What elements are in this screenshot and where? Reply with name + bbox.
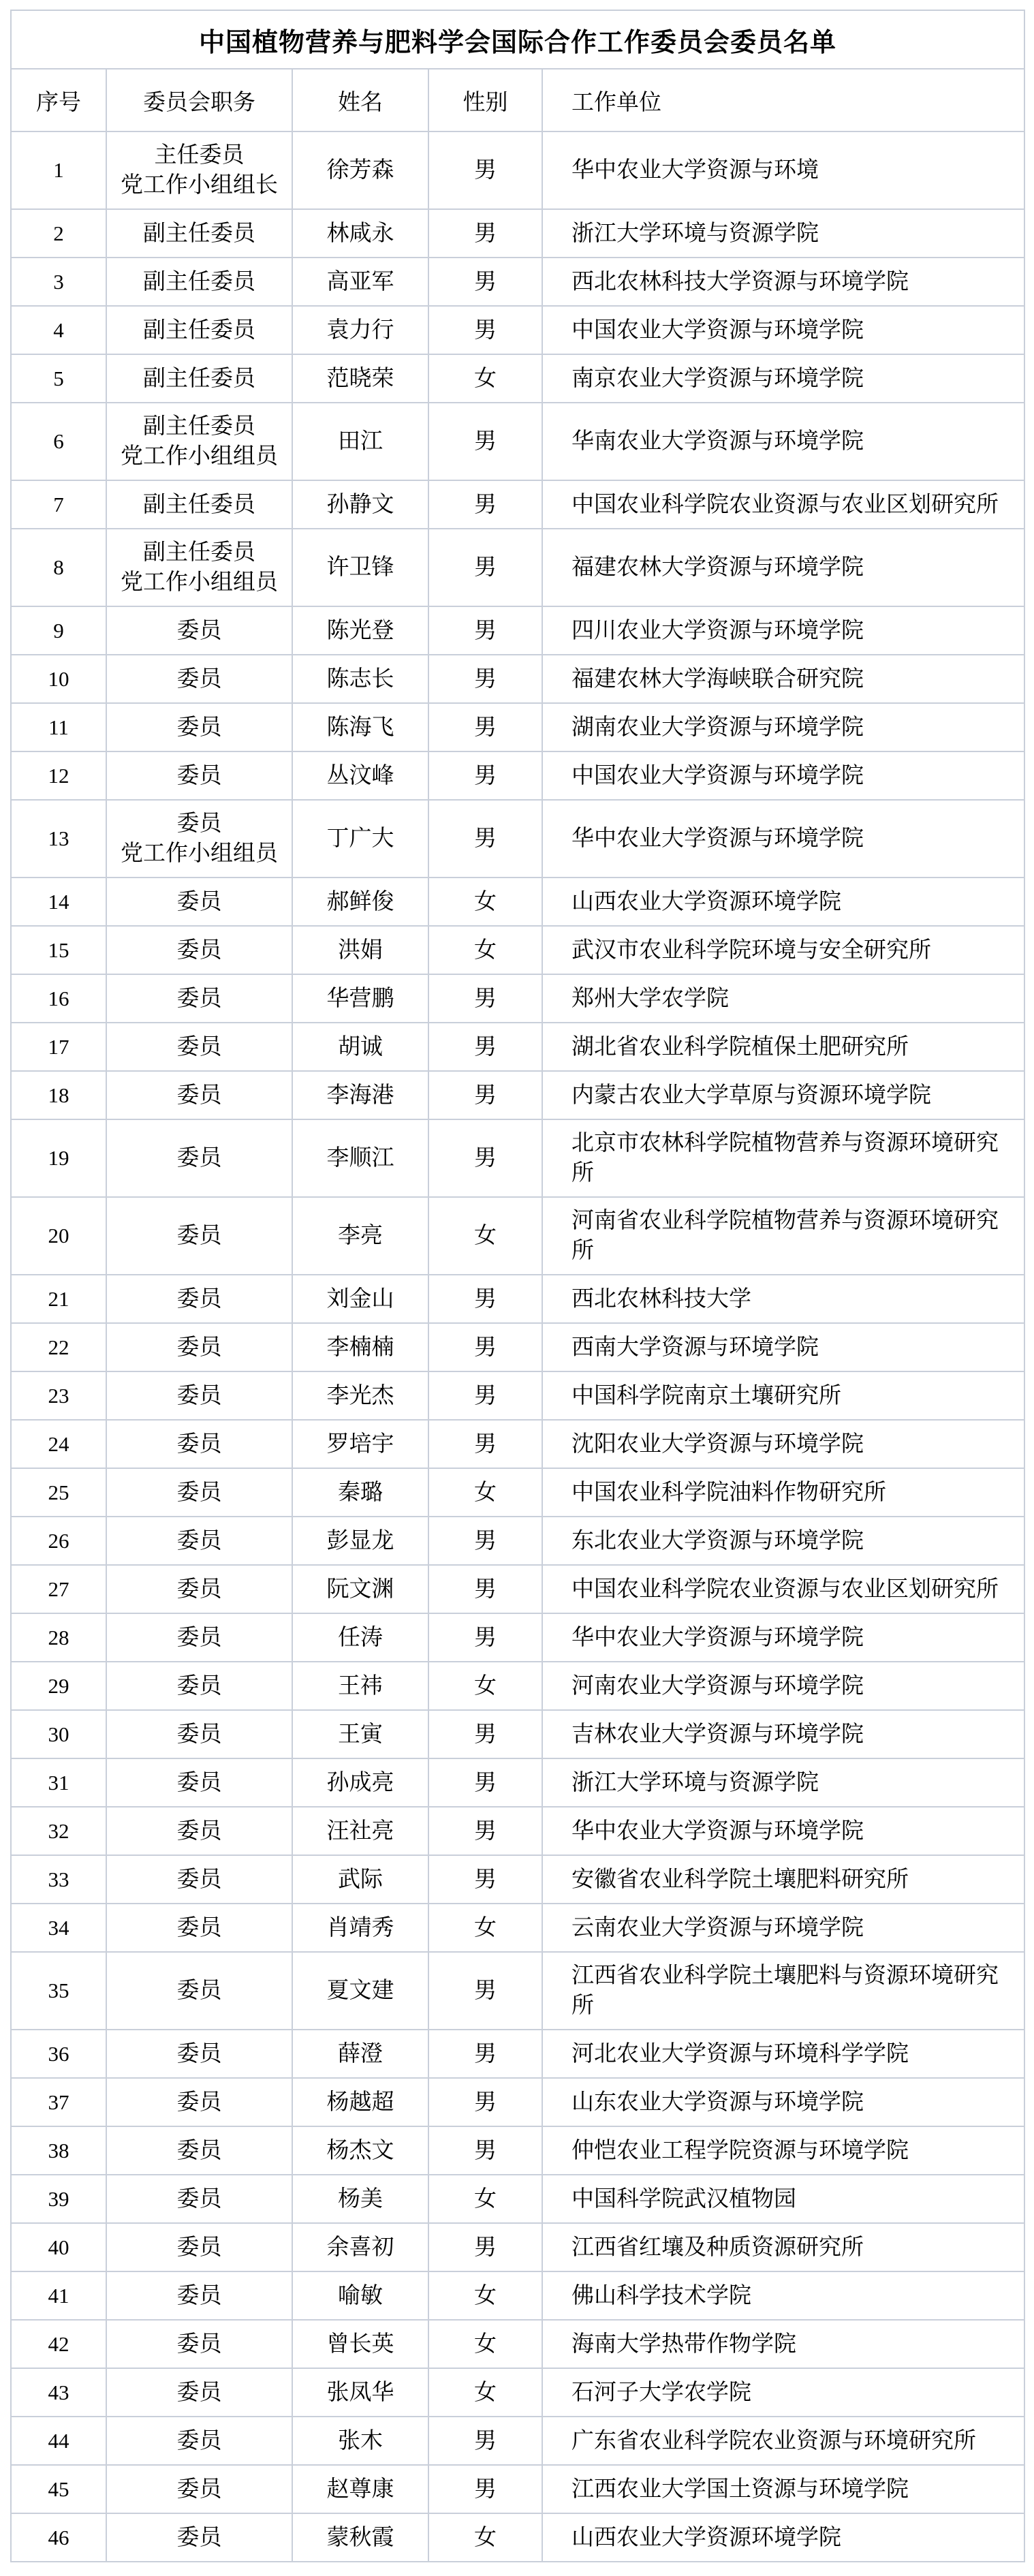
cell-serial-number: 31 bbox=[11, 1758, 106, 1807]
header-serial-number: 序号 bbox=[11, 69, 106, 131]
table-row: 34 委员 肖靖秀 女 云南农业大学资源与环境学院 bbox=[11, 1904, 1024, 1952]
cell-name: 杨美 bbox=[292, 2175, 428, 2223]
cell-name: 陈海飞 bbox=[292, 703, 428, 751]
cell-name: 陈光登 bbox=[292, 606, 428, 655]
cell-serial-number: 36 bbox=[11, 2030, 106, 2078]
cell-name: 薛澄 bbox=[292, 2030, 428, 2078]
cell-work-unit: 西南大学资源与环境学院 bbox=[542, 1323, 1024, 1371]
cell-work-unit: 中国科学院武汉植物园 bbox=[542, 2175, 1024, 2223]
cell-gender: 女 bbox=[428, 2175, 542, 2223]
cell-work-unit: 湖北省农业科学院植保土肥研究所 bbox=[542, 1023, 1024, 1071]
cell-serial-number: 13 bbox=[11, 800, 106, 878]
table-row: 26 委员 彭显龙 男 东北农业大学资源与环境学院 bbox=[11, 1517, 1024, 1565]
cell-work-unit: 福建农林大学海峡联合研究院 bbox=[542, 655, 1024, 703]
cell-name: 许卫锋 bbox=[292, 529, 428, 606]
cell-serial-number: 2 bbox=[11, 209, 106, 258]
table-row: 21 委员 刘金山 男 西北农林科技大学 bbox=[11, 1275, 1024, 1323]
cell-name: 肖靖秀 bbox=[292, 1904, 428, 1952]
cell-name: 华营鹏 bbox=[292, 974, 428, 1023]
header-gender: 性别 bbox=[428, 69, 542, 131]
table-row: 40 委员 余喜初 男 江西省红壤及种质资源研究所 bbox=[11, 2223, 1024, 2271]
cell-committee-position: 委员 bbox=[106, 2078, 292, 2126]
cell-gender: 男 bbox=[428, 2417, 542, 2465]
cell-serial-number: 33 bbox=[11, 1855, 106, 1904]
cell-gender: 男 bbox=[428, 131, 542, 209]
cell-gender: 男 bbox=[428, 2078, 542, 2126]
table-row: 25 委员 秦璐 女 中国农业科学院油料作物研究所 bbox=[11, 1468, 1024, 1517]
cell-name: 曾长英 bbox=[292, 2320, 428, 2368]
cell-committee-position: 委员 bbox=[106, 1119, 292, 1197]
table-row: 12 委员 丛汶峰 男 中国农业大学资源与环境学院 bbox=[11, 751, 1024, 800]
cell-work-unit: 内蒙古农业大学草原与资源环境学院 bbox=[542, 1071, 1024, 1119]
cell-committee-position: 委员 bbox=[106, 1071, 292, 1119]
cell-name: 胡诚 bbox=[292, 1023, 428, 1071]
cell-gender: 男 bbox=[428, 751, 542, 800]
cell-committee-position: 副主任委员 党工作小组组员 bbox=[106, 403, 292, 480]
cell-serial-number: 17 bbox=[11, 1023, 106, 1071]
table-row: 9 委员 陈光登 男 四川农业大学资源与环境学院 bbox=[11, 606, 1024, 655]
cell-serial-number: 40 bbox=[11, 2223, 106, 2271]
cell-name: 夏文建 bbox=[292, 1952, 428, 2030]
cell-name: 汪社亮 bbox=[292, 1807, 428, 1855]
table-row: 28 委员 任涛 男 华中农业大学资源与环境学院 bbox=[11, 1613, 1024, 1662]
cell-work-unit: 河南农业大学资源与环境学院 bbox=[542, 1662, 1024, 1710]
table-row: 1 主任委员 党工作小组组长 徐芳森 男 华中农业大学资源与环境 bbox=[11, 131, 1024, 209]
cell-committee-position: 主任委员 党工作小组组长 bbox=[106, 131, 292, 209]
document-page: 中国植物营养与肥料学会国际合作工作委员会委员名单 序号 委员会职务 姓名 性别 … bbox=[0, 0, 1034, 2576]
cell-work-unit: 华中农业大学资源与环境学院 bbox=[542, 1613, 1024, 1662]
cell-serial-number: 46 bbox=[11, 2513, 106, 2562]
cell-gender: 男 bbox=[428, 1119, 542, 1197]
cell-name: 赵尊康 bbox=[292, 2465, 428, 2513]
table-row: 37 委员 杨越超 男 山东农业大学资源与环境学院 bbox=[11, 2078, 1024, 2126]
cell-work-unit: 石河子大学农学院 bbox=[542, 2368, 1024, 2417]
cell-name: 李亮 bbox=[292, 1197, 428, 1275]
cell-gender: 男 bbox=[428, 1275, 542, 1323]
cell-gender: 男 bbox=[428, 1710, 542, 1758]
cell-gender: 男 bbox=[428, 403, 542, 480]
cell-committee-position: 委员 bbox=[106, 1710, 292, 1758]
table-row: 4 副主任委员 袁力行 男 中国农业大学资源与环境学院 bbox=[11, 306, 1024, 354]
cell-gender: 男 bbox=[428, 258, 542, 306]
cell-name: 陈志长 bbox=[292, 655, 428, 703]
cell-serial-number: 6 bbox=[11, 403, 106, 480]
cell-committee-position: 副主任委员 bbox=[106, 258, 292, 306]
cell-committee-position: 委员 bbox=[106, 1758, 292, 1807]
cell-gender: 女 bbox=[428, 1468, 542, 1517]
table-row: 8 副主任委员 党工作小组组员 许卫锋 男 福建农林大学资源与环境学院 bbox=[11, 529, 1024, 606]
cell-serial-number: 10 bbox=[11, 655, 106, 703]
cell-gender: 女 bbox=[428, 2271, 542, 2320]
table-row: 3 副主任委员 高亚军 男 西北农林科技大学资源与环境学院 bbox=[11, 258, 1024, 306]
cell-serial-number: 30 bbox=[11, 1710, 106, 1758]
table-row: 27 委员 阮文渊 男 中国农业科学院农业资源与农业区划研究所 bbox=[11, 1565, 1024, 1613]
cell-committee-position: 副主任委员 党工作小组组员 bbox=[106, 529, 292, 606]
cell-work-unit: 西北农林科技大学资源与环境学院 bbox=[542, 258, 1024, 306]
cell-name: 李顺江 bbox=[292, 1119, 428, 1197]
cell-committee-position: 委员 bbox=[106, 974, 292, 1023]
cell-committee-position: 委员 bbox=[106, 2465, 292, 2513]
cell-serial-number: 24 bbox=[11, 1420, 106, 1468]
table-row: 23 委员 李光杰 男 中国科学院南京土壤研究所 bbox=[11, 1371, 1024, 1420]
table-row: 29 委员 王祎 女 河南农业大学资源与环境学院 bbox=[11, 1662, 1024, 1710]
cell-committee-position: 委员 bbox=[106, 1468, 292, 1517]
cell-work-unit: 南京农业大学资源与环境学院 bbox=[542, 354, 1024, 403]
cell-work-unit: 山东农业大学资源与环境学院 bbox=[542, 2078, 1024, 2126]
cell-name: 余喜初 bbox=[292, 2223, 428, 2271]
cell-committee-position: 委员 bbox=[106, 1613, 292, 1662]
cell-serial-number: 22 bbox=[11, 1323, 106, 1371]
cell-name: 王祎 bbox=[292, 1662, 428, 1710]
cell-committee-position: 委员 bbox=[106, 1197, 292, 1275]
cell-work-unit: 北京市农林科学院植物营养与资源环境研究所 bbox=[542, 1119, 1024, 1197]
cell-committee-position: 副主任委员 bbox=[106, 354, 292, 403]
cell-work-unit: 河南省农业科学院植物营养与资源环境研究所 bbox=[542, 1197, 1024, 1275]
table-row: 22 委员 李楠楠 男 西南大学资源与环境学院 bbox=[11, 1323, 1024, 1371]
cell-name: 武际 bbox=[292, 1855, 428, 1904]
cell-serial-number: 19 bbox=[11, 1119, 106, 1197]
table-row: 43 委员 张凤华 女 石河子大学农学院 bbox=[11, 2368, 1024, 2417]
cell-committee-position: 委员 bbox=[106, 751, 292, 800]
cell-committee-position: 委员 bbox=[106, 2175, 292, 2223]
cell-committee-position: 副主任委员 bbox=[106, 209, 292, 258]
cell-gender: 男 bbox=[428, 1613, 542, 1662]
cell-gender: 男 bbox=[428, 655, 542, 703]
cell-gender: 女 bbox=[428, 1662, 542, 1710]
cell-work-unit: 华中农业大学资源与环境学院 bbox=[542, 800, 1024, 878]
cell-serial-number: 5 bbox=[11, 354, 106, 403]
cell-work-unit: 山西农业大学资源环境学院 bbox=[542, 2513, 1024, 2562]
cell-gender: 男 bbox=[428, 529, 542, 606]
cell-work-unit: 华南农业大学资源与环境学院 bbox=[542, 403, 1024, 480]
cell-work-unit: 吉林农业大学资源与环境学院 bbox=[542, 1710, 1024, 1758]
cell-serial-number: 29 bbox=[11, 1662, 106, 1710]
cell-serial-number: 11 bbox=[11, 703, 106, 751]
cell-committee-position: 委员 bbox=[106, 1023, 292, 1071]
cell-name: 洪娟 bbox=[292, 926, 428, 974]
cell-gender: 女 bbox=[428, 1904, 542, 1952]
cell-name: 秦璐 bbox=[292, 1468, 428, 1517]
cell-work-unit: 华中农业大学资源与环境学院 bbox=[542, 1807, 1024, 1855]
cell-name: 郝鲜俊 bbox=[292, 878, 428, 926]
cell-committee-position: 委员 bbox=[106, 1275, 292, 1323]
cell-committee-position: 委员 bbox=[106, 926, 292, 974]
cell-gender: 女 bbox=[428, 354, 542, 403]
cell-name: 范晓荣 bbox=[292, 354, 428, 403]
page-title: 中国植物营养与肥料学会国际合作工作委员会委员名单 bbox=[11, 10, 1024, 69]
cell-serial-number: 18 bbox=[11, 1071, 106, 1119]
cell-serial-number: 44 bbox=[11, 2417, 106, 2465]
cell-committee-position: 委员 bbox=[106, 1855, 292, 1904]
cell-serial-number: 1 bbox=[11, 131, 106, 209]
cell-committee-position: 委员 bbox=[106, 1371, 292, 1420]
cell-gender: 男 bbox=[428, 703, 542, 751]
cell-gender: 女 bbox=[428, 926, 542, 974]
cell-committee-position: 委员 bbox=[106, 1662, 292, 1710]
cell-committee-position: 委员 bbox=[106, 2030, 292, 2078]
cell-gender: 男 bbox=[428, 1565, 542, 1613]
cell-gender: 男 bbox=[428, 1855, 542, 1904]
committee-member-table: 中国植物营养与肥料学会国际合作工作委员会委员名单 序号 委员会职务 姓名 性别 … bbox=[10, 10, 1025, 2562]
cell-gender: 男 bbox=[428, 1807, 542, 1855]
cell-committee-position: 委员 bbox=[106, 1904, 292, 1952]
cell-work-unit: 武汉市农业科学院环境与安全研究所 bbox=[542, 926, 1024, 974]
cell-name: 喻敏 bbox=[292, 2271, 428, 2320]
cell-committee-position: 副主任委员 bbox=[106, 306, 292, 354]
cell-work-unit: 海南大学热带作物学院 bbox=[542, 2320, 1024, 2368]
cell-gender: 女 bbox=[428, 2368, 542, 2417]
cell-committee-position: 委员 bbox=[106, 2320, 292, 2368]
cell-serial-number: 34 bbox=[11, 1904, 106, 1952]
cell-committee-position: 委员 bbox=[106, 2368, 292, 2417]
cell-work-unit: 郑州大学农学院 bbox=[542, 974, 1024, 1023]
table-row: 18 委员 李海港 男 内蒙古农业大学草原与资源环境学院 bbox=[11, 1071, 1024, 1119]
table-row: 46 委员 蒙秋霞 女 山西农业大学资源环境学院 bbox=[11, 2513, 1024, 2562]
cell-name: 李光杰 bbox=[292, 1371, 428, 1420]
cell-name: 孙静文 bbox=[292, 480, 428, 529]
cell-gender: 男 bbox=[428, 1758, 542, 1807]
table-row: 31 委员 孙成亮 男 浙江大学环境与资源学院 bbox=[11, 1758, 1024, 1807]
cell-committee-position: 副主任委员 bbox=[106, 480, 292, 529]
table-row: 39 委员 杨美 女 中国科学院武汉植物园 bbox=[11, 2175, 1024, 2223]
cell-work-unit: 浙江大学环境与资源学院 bbox=[542, 209, 1024, 258]
cell-gender: 男 bbox=[428, 1071, 542, 1119]
cell-work-unit: 湖南农业大学资源与环境学院 bbox=[542, 703, 1024, 751]
cell-name: 阮文渊 bbox=[292, 1565, 428, 1613]
cell-name: 丁广大 bbox=[292, 800, 428, 878]
cell-gender: 男 bbox=[428, 480, 542, 529]
cell-name: 李海港 bbox=[292, 1071, 428, 1119]
cell-serial-number: 35 bbox=[11, 1952, 106, 2030]
cell-serial-number: 23 bbox=[11, 1371, 106, 1420]
table-row: 38 委员 杨杰文 男 仲恺农业工程学院资源与环境学院 bbox=[11, 2126, 1024, 2175]
cell-name: 罗培宇 bbox=[292, 1420, 428, 1468]
table-row: 19 委员 李顺江 男 北京市农林科学院植物营养与资源环境研究所 bbox=[11, 1119, 1024, 1197]
table-row: 33 委员 武际 男 安徽省农业科学院土壤肥料研究所 bbox=[11, 1855, 1024, 1904]
cell-committee-position: 委员 bbox=[106, 1565, 292, 1613]
cell-work-unit: 佛山科学技术学院 bbox=[542, 2271, 1024, 2320]
cell-gender: 女 bbox=[428, 2320, 542, 2368]
cell-gender: 男 bbox=[428, 1371, 542, 1420]
cell-name: 任涛 bbox=[292, 1613, 428, 1662]
cell-gender: 男 bbox=[428, 1952, 542, 2030]
cell-serial-number: 7 bbox=[11, 480, 106, 529]
cell-committee-position: 委员 bbox=[106, 878, 292, 926]
cell-committee-position: 委员 bbox=[106, 1420, 292, 1468]
cell-name: 袁力行 bbox=[292, 306, 428, 354]
cell-gender: 女 bbox=[428, 2513, 542, 2562]
cell-work-unit: 浙江大学环境与资源学院 bbox=[542, 1758, 1024, 1807]
cell-work-unit: 云南农业大学资源与环境学院 bbox=[542, 1904, 1024, 1952]
cell-work-unit: 中国农业科学院农业资源与农业区划研究所 bbox=[542, 1565, 1024, 1613]
cell-work-unit: 广东省农业科学院农业资源与环境研究所 bbox=[542, 2417, 1024, 2465]
cell-serial-number: 43 bbox=[11, 2368, 106, 2417]
cell-name: 林咸永 bbox=[292, 209, 428, 258]
table-row: 7 副主任委员 孙静文 男 中国农业科学院农业资源与农业区划研究所 bbox=[11, 480, 1024, 529]
cell-committee-position: 委员 bbox=[106, 2126, 292, 2175]
cell-serial-number: 21 bbox=[11, 1275, 106, 1323]
cell-gender: 男 bbox=[428, 1517, 542, 1565]
cell-name: 杨杰文 bbox=[292, 2126, 428, 2175]
cell-serial-number: 45 bbox=[11, 2465, 106, 2513]
cell-work-unit: 中国农业科学院农业资源与农业区划研究所 bbox=[542, 480, 1024, 529]
table-row: 13 委员 党工作小组组员 丁广大 男 华中农业大学资源与环境学院 bbox=[11, 800, 1024, 878]
cell-committee-position: 委员 bbox=[106, 2417, 292, 2465]
cell-gender: 男 bbox=[428, 1323, 542, 1371]
cell-name: 张凤华 bbox=[292, 2368, 428, 2417]
cell-committee-position: 委员 bbox=[106, 1807, 292, 1855]
table-row: 45 委员 赵尊康 男 江西农业大学国土资源与环境学院 bbox=[11, 2465, 1024, 2513]
cell-serial-number: 38 bbox=[11, 2126, 106, 2175]
cell-work-unit: 安徽省农业科学院土壤肥料研究所 bbox=[542, 1855, 1024, 1904]
cell-serial-number: 32 bbox=[11, 1807, 106, 1855]
cell-serial-number: 42 bbox=[11, 2320, 106, 2368]
cell-work-unit: 四川农业大学资源与环境学院 bbox=[542, 606, 1024, 655]
cell-committee-position: 委员 bbox=[106, 655, 292, 703]
table-row: 44 委员 张木 男 广东省农业科学院农业资源与环境研究所 bbox=[11, 2417, 1024, 2465]
table-row: 24 委员 罗培宇 男 沈阳农业大学资源与环境学院 bbox=[11, 1420, 1024, 1468]
table-row: 32 委员 汪社亮 男 华中农业大学资源与环境学院 bbox=[11, 1807, 1024, 1855]
cell-work-unit: 河北农业大学资源与环境科学学院 bbox=[542, 2030, 1024, 2078]
cell-gender: 男 bbox=[428, 2030, 542, 2078]
cell-work-unit: 江西省红壤及种质资源研究所 bbox=[542, 2223, 1024, 2271]
cell-serial-number: 12 bbox=[11, 751, 106, 800]
cell-work-unit: 西北农林科技大学 bbox=[542, 1275, 1024, 1323]
cell-gender: 男 bbox=[428, 2465, 542, 2513]
table-row: 15 委员 洪娟 女 武汉市农业科学院环境与安全研究所 bbox=[11, 926, 1024, 974]
cell-serial-number: 16 bbox=[11, 974, 106, 1023]
cell-work-unit: 仲恺农业工程学院资源与环境学院 bbox=[542, 2126, 1024, 2175]
cell-name: 王寅 bbox=[292, 1710, 428, 1758]
cell-name: 李楠楠 bbox=[292, 1323, 428, 1371]
cell-serial-number: 37 bbox=[11, 2078, 106, 2126]
table-row: 6 副主任委员 党工作小组组员 田江 男 华南农业大学资源与环境学院 bbox=[11, 403, 1024, 480]
cell-work-unit: 福建农林大学资源与环境学院 bbox=[542, 529, 1024, 606]
cell-committee-position: 委员 党工作小组组员 bbox=[106, 800, 292, 878]
cell-serial-number: 41 bbox=[11, 2271, 106, 2320]
table-row: 10 委员 陈志长 男 福建农林大学海峡联合研究院 bbox=[11, 655, 1024, 703]
table-body: 1 主任委员 党工作小组组长 徐芳森 男 华中农业大学资源与环境 2 副主任委员… bbox=[11, 131, 1024, 2562]
cell-serial-number: 4 bbox=[11, 306, 106, 354]
cell-name: 高亚军 bbox=[292, 258, 428, 306]
cell-name: 张木 bbox=[292, 2417, 428, 2465]
cell-committee-position: 委员 bbox=[106, 2271, 292, 2320]
cell-name: 蒙秋霞 bbox=[292, 2513, 428, 2562]
table-row: 5 副主任委员 范晓荣 女 南京农业大学资源与环境学院 bbox=[11, 354, 1024, 403]
cell-work-unit: 中国农业大学资源与环境学院 bbox=[542, 751, 1024, 800]
cell-committee-position: 委员 bbox=[106, 1952, 292, 2030]
cell-work-unit: 中国农业科学院油料作物研究所 bbox=[542, 1468, 1024, 1517]
cell-name: 孙成亮 bbox=[292, 1758, 428, 1807]
cell-gender: 女 bbox=[428, 1197, 542, 1275]
table-row: 11 委员 陈海飞 男 湖南农业大学资源与环境学院 bbox=[11, 703, 1024, 751]
header-name: 姓名 bbox=[292, 69, 428, 131]
cell-serial-number: 8 bbox=[11, 529, 106, 606]
cell-serial-number: 20 bbox=[11, 1197, 106, 1275]
header-work-unit: 工作单位 bbox=[542, 69, 1024, 131]
cell-name: 彭显龙 bbox=[292, 1517, 428, 1565]
header-committee-position: 委员会职务 bbox=[106, 69, 292, 131]
cell-work-unit: 江西农业大学国土资源与环境学院 bbox=[542, 2465, 1024, 2513]
cell-work-unit: 中国农业大学资源与环境学院 bbox=[542, 306, 1024, 354]
cell-name: 田江 bbox=[292, 403, 428, 480]
table-row: 2 副主任委员 林咸永 男 浙江大学环境与资源学院 bbox=[11, 209, 1024, 258]
cell-work-unit: 华中农业大学资源与环境 bbox=[542, 131, 1024, 209]
cell-serial-number: 27 bbox=[11, 1565, 106, 1613]
table-row: 36 委员 薛澄 男 河北农业大学资源与环境科学学院 bbox=[11, 2030, 1024, 2078]
cell-committee-position: 委员 bbox=[106, 703, 292, 751]
cell-name: 杨越超 bbox=[292, 2078, 428, 2126]
cell-serial-number: 15 bbox=[11, 926, 106, 974]
table-row: 35 委员 夏文建 男 江西省农业科学院土壤肥料与资源环境研究所 bbox=[11, 1952, 1024, 2030]
cell-gender: 男 bbox=[428, 606, 542, 655]
table-row: 14 委员 郝鲜俊 女 山西农业大学资源环境学院 bbox=[11, 878, 1024, 926]
table-row: 42 委员 曾长英 女 海南大学热带作物学院 bbox=[11, 2320, 1024, 2368]
table-row: 20 委员 李亮 女 河南省农业科学院植物营养与资源环境研究所 bbox=[11, 1197, 1024, 1275]
cell-work-unit: 中国科学院南京土壤研究所 bbox=[542, 1371, 1024, 1420]
cell-name: 刘金山 bbox=[292, 1275, 428, 1323]
cell-gender: 男 bbox=[428, 2126, 542, 2175]
cell-committee-position: 委员 bbox=[106, 1323, 292, 1371]
cell-committee-position: 委员 bbox=[106, 2223, 292, 2271]
cell-serial-number: 9 bbox=[11, 606, 106, 655]
cell-serial-number: 14 bbox=[11, 878, 106, 926]
cell-work-unit: 沈阳农业大学资源与环境学院 bbox=[542, 1420, 1024, 1468]
cell-gender: 男 bbox=[428, 2223, 542, 2271]
cell-serial-number: 25 bbox=[11, 1468, 106, 1517]
cell-serial-number: 39 bbox=[11, 2175, 106, 2223]
table-row: 30 委员 王寅 男 吉林农业大学资源与环境学院 bbox=[11, 1710, 1024, 1758]
cell-committee-position: 委员 bbox=[106, 2513, 292, 2562]
cell-serial-number: 28 bbox=[11, 1613, 106, 1662]
table-row: 41 委员 喻敏 女 佛山科学技术学院 bbox=[11, 2271, 1024, 2320]
table-header-row: 序号 委员会职务 姓名 性别 工作单位 bbox=[11, 69, 1024, 131]
cell-gender: 男 bbox=[428, 800, 542, 878]
cell-work-unit: 山西农业大学资源环境学院 bbox=[542, 878, 1024, 926]
title-row: 中国植物营养与肥料学会国际合作工作委员会委员名单 bbox=[11, 10, 1024, 69]
table-row: 16 委员 华营鹏 男 郑州大学农学院 bbox=[11, 974, 1024, 1023]
table-row: 17 委员 胡诚 男 湖北省农业科学院植保土肥研究所 bbox=[11, 1023, 1024, 1071]
cell-name: 丛汶峰 bbox=[292, 751, 428, 800]
cell-gender: 男 bbox=[428, 209, 542, 258]
cell-gender: 男 bbox=[428, 1420, 542, 1468]
cell-gender: 男 bbox=[428, 974, 542, 1023]
cell-gender: 女 bbox=[428, 878, 542, 926]
cell-committee-position: 委员 bbox=[106, 1517, 292, 1565]
cell-name: 徐芳森 bbox=[292, 131, 428, 209]
cell-gender: 男 bbox=[428, 1023, 542, 1071]
cell-serial-number: 26 bbox=[11, 1517, 106, 1565]
cell-work-unit: 江西省农业科学院土壤肥料与资源环境研究所 bbox=[542, 1952, 1024, 2030]
cell-gender: 男 bbox=[428, 306, 542, 354]
cell-serial-number: 3 bbox=[11, 258, 106, 306]
cell-committee-position: 委员 bbox=[106, 606, 292, 655]
cell-work-unit: 东北农业大学资源与环境学院 bbox=[542, 1517, 1024, 1565]
